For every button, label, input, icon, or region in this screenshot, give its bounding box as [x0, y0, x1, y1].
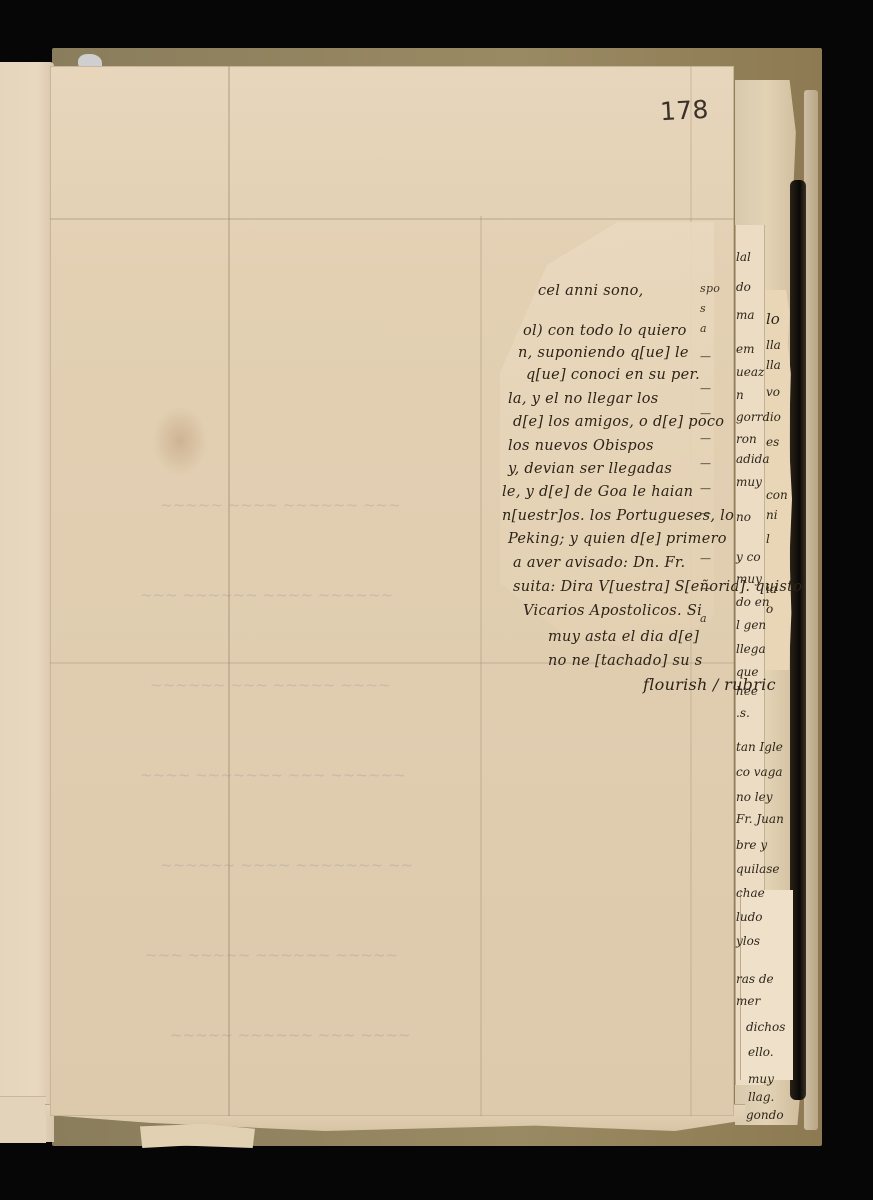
note-line: los nuevos Obispos — [508, 437, 654, 455]
fragment-word: ello. — [748, 1045, 774, 1059]
margin-mark: a — [700, 322, 707, 335]
fragment-word: ni — [766, 508, 778, 522]
folio-number: 178 — [659, 95, 709, 127]
fragment-word: ma — [736, 308, 755, 322]
margin-mark: — — [700, 482, 711, 495]
fragment-word: do en — [736, 595, 770, 609]
fragment-word: o — [766, 602, 773, 616]
note-line: d[e] los amigos, o d[e] poco — [513, 413, 724, 431]
fragment-word: ludo — [736, 910, 762, 924]
horizontal-fold-line — [50, 218, 734, 220]
fragment-word: dichos — [746, 1020, 785, 1034]
margin-mark: s — [700, 302, 706, 315]
fragment-word: lo — [766, 310, 780, 328]
fragment-word: lal — [736, 250, 751, 264]
note-line: cel anni sono, — [538, 282, 644, 300]
fragment-word: mer — [736, 994, 760, 1008]
note-line: Peking; y quien d[e] primero — [508, 530, 727, 548]
fragment-word: n — [736, 388, 744, 402]
fragment-word: y co — [736, 550, 761, 564]
bleed-through-text: ~~~~~~ ~~~ ~~~~~ ~~~~ — [150, 676, 391, 694]
fragment-word: l — [766, 532, 770, 546]
bleed-through-text: ~~~~~ ~~~~ ~~~~~~ ~~~ — [160, 496, 401, 514]
bleed-through-text: ~~~~ ~~~~~~~ ~~~ ~~~~~~ — [140, 766, 406, 784]
note-line: ol) con todo lo quiero — [523, 322, 687, 340]
fragment-word: em — [736, 342, 754, 356]
fragment-word: muy — [736, 475, 762, 489]
fragment-word: que — [736, 665, 759, 679]
margin-mark: — — [700, 382, 711, 395]
note-line: le, y d[e] de Goa le haian — [502, 483, 693, 501]
fragment-word: vo — [766, 385, 780, 399]
note-line: muy asta el dia d[e] — [548, 628, 699, 646]
fragment-word: gorra — [736, 410, 770, 424]
note-line: a aver avisado: Dn. Fr. — [513, 554, 685, 572]
vertical-fold-line — [480, 216, 482, 1116]
fragment-word: no — [736, 510, 751, 524]
fragment-word: ron — [736, 432, 757, 446]
stacked-leaf-edge — [804, 90, 818, 1130]
fragment-word: muy — [736, 572, 762, 586]
fragment-word: ylos — [736, 934, 760, 948]
fragment-word: muy — [748, 1072, 774, 1086]
fragment-word: Fr. Juan — [736, 812, 784, 826]
fragment-word: gondo — [746, 1108, 784, 1122]
note-line: Vicarios Apostolicos. Si — [523, 602, 702, 620]
left-page-corner — [0, 1096, 46, 1143]
margin-mark: — — [700, 582, 711, 595]
fragment-word: chae — [736, 886, 765, 900]
fragment-word: lio — [766, 410, 781, 424]
fragment-word: lla — [766, 338, 781, 352]
margin-mark: spo — [700, 282, 720, 295]
margin-mark: a — [700, 612, 707, 625]
fragment-word: ueaz — [736, 365, 764, 379]
note-line: y, devian ser llegadas — [508, 460, 672, 478]
note-line: no ne [tachado] su s — [548, 652, 703, 670]
margin-mark: — — [700, 507, 711, 520]
fragment-word: bre y — [736, 838, 767, 852]
note-line: q[ue] conoci en su per. — [526, 366, 700, 384]
fragment-word: lla — [766, 358, 781, 372]
fragment-word: ras de — [736, 972, 774, 986]
bleed-through-text: ~~~ ~~~~~~ ~~~~ ~~~~~~ — [140, 586, 393, 604]
fragment-word: es — [766, 435, 779, 449]
fragment-word: llag. — [748, 1090, 774, 1104]
fragment-word: co vaga — [736, 765, 783, 779]
fragment-word: do — [736, 280, 751, 294]
fragment-word: l gen — [736, 618, 766, 632]
margin-mark: — — [700, 350, 711, 363]
note-line: n, suponiendo q[ue] le — [518, 344, 689, 362]
margin-mark: — — [700, 407, 711, 420]
left-facing-page — [0, 62, 54, 1142]
fragment-word: quilase — [736, 862, 780, 876]
margin-mark: — — [700, 552, 711, 565]
fragment-word: llega — [736, 642, 766, 656]
fragment-word: hee — [736, 684, 758, 698]
fragment-word: tan Igle — [736, 740, 783, 754]
fragment-word: con — [766, 488, 788, 502]
note-line: la, y el no llegar los — [508, 390, 659, 408]
fragment-word: ia — [766, 582, 777, 596]
margin-mark: — — [700, 432, 711, 445]
fragment-word: .s. — [736, 706, 750, 720]
fragment-word: no ley — [736, 790, 773, 804]
margin-mark: — — [700, 457, 711, 470]
bleed-through-text: ~~~~~~ ~~~~ ~~~~~~~ ~~ — [160, 856, 413, 874]
loose-paper-scrap — [140, 1124, 255, 1148]
bleed-through-text: ~~~ ~~~~~ ~~~~~~ ~~~~~ — [145, 946, 398, 964]
bleed-through-text: ~~~~~ ~~~~~~ ~~~ ~~~~ — [170, 1026, 411, 1044]
fragment-word: adida — [736, 452, 770, 466]
